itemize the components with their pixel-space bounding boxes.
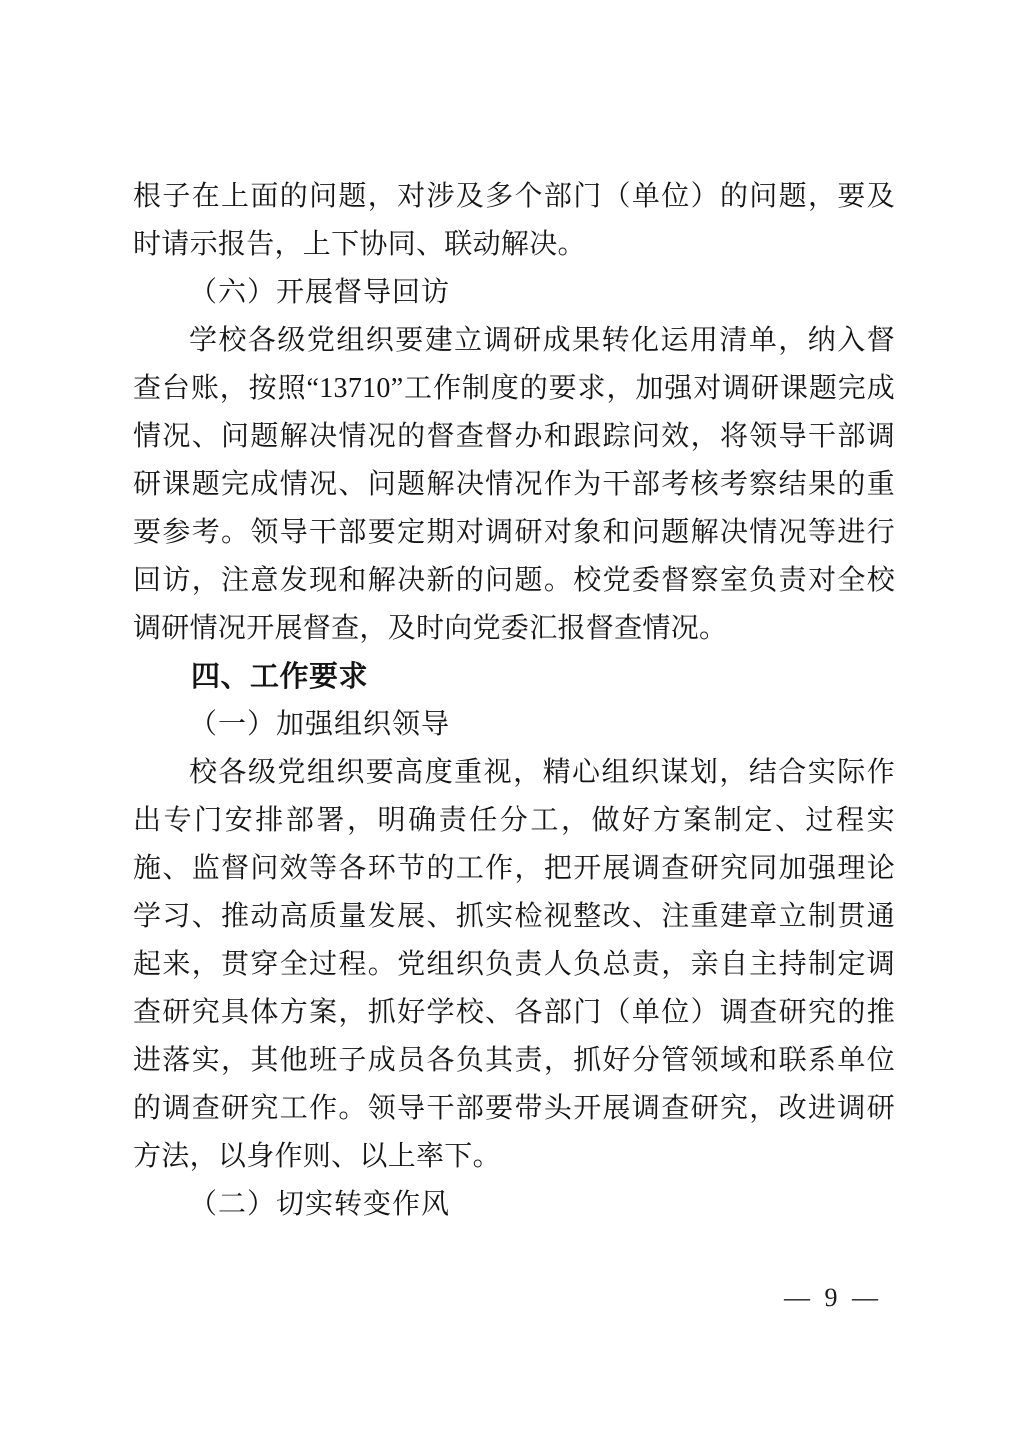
document-content: 根子在上面的问题，对涉及多个部门（单位）的问题，要及时请示报告，上下协同、联动解…: [133, 173, 895, 1229]
subheading-one-strengthen-leadership: （一）加强组织领导: [133, 701, 895, 749]
paragraph-continuation: 根子在上面的问题，对涉及多个部门（单位）的问题，要及时请示报告，上下协同、联动解…: [133, 173, 895, 269]
subheading-six-supervision-revisit: （六）开展督导回访: [133, 269, 895, 317]
paragraph-leadership-detail: 校各级党组织要高度重视，精心组织谋划，结合实际作出专门安排部署，明确责任分工，做…: [133, 749, 895, 1181]
paragraph-supervision-detail: 学校各级党组织要建立调研成果转化运用清单，纳入督查台账，按照“13710”工作制…: [133, 317, 895, 653]
section-heading-work-requirements: 四、工作要求: [133, 653, 895, 701]
document-page: 根子在上面的问题，对涉及多个部门（单位）的问题，要及时请示报告，上下协同、联动解…: [0, 0, 1024, 1448]
page-number: — 9 —: [784, 1278, 882, 1318]
subheading-two-change-work-style: （二）切实转变作风: [133, 1181, 895, 1229]
